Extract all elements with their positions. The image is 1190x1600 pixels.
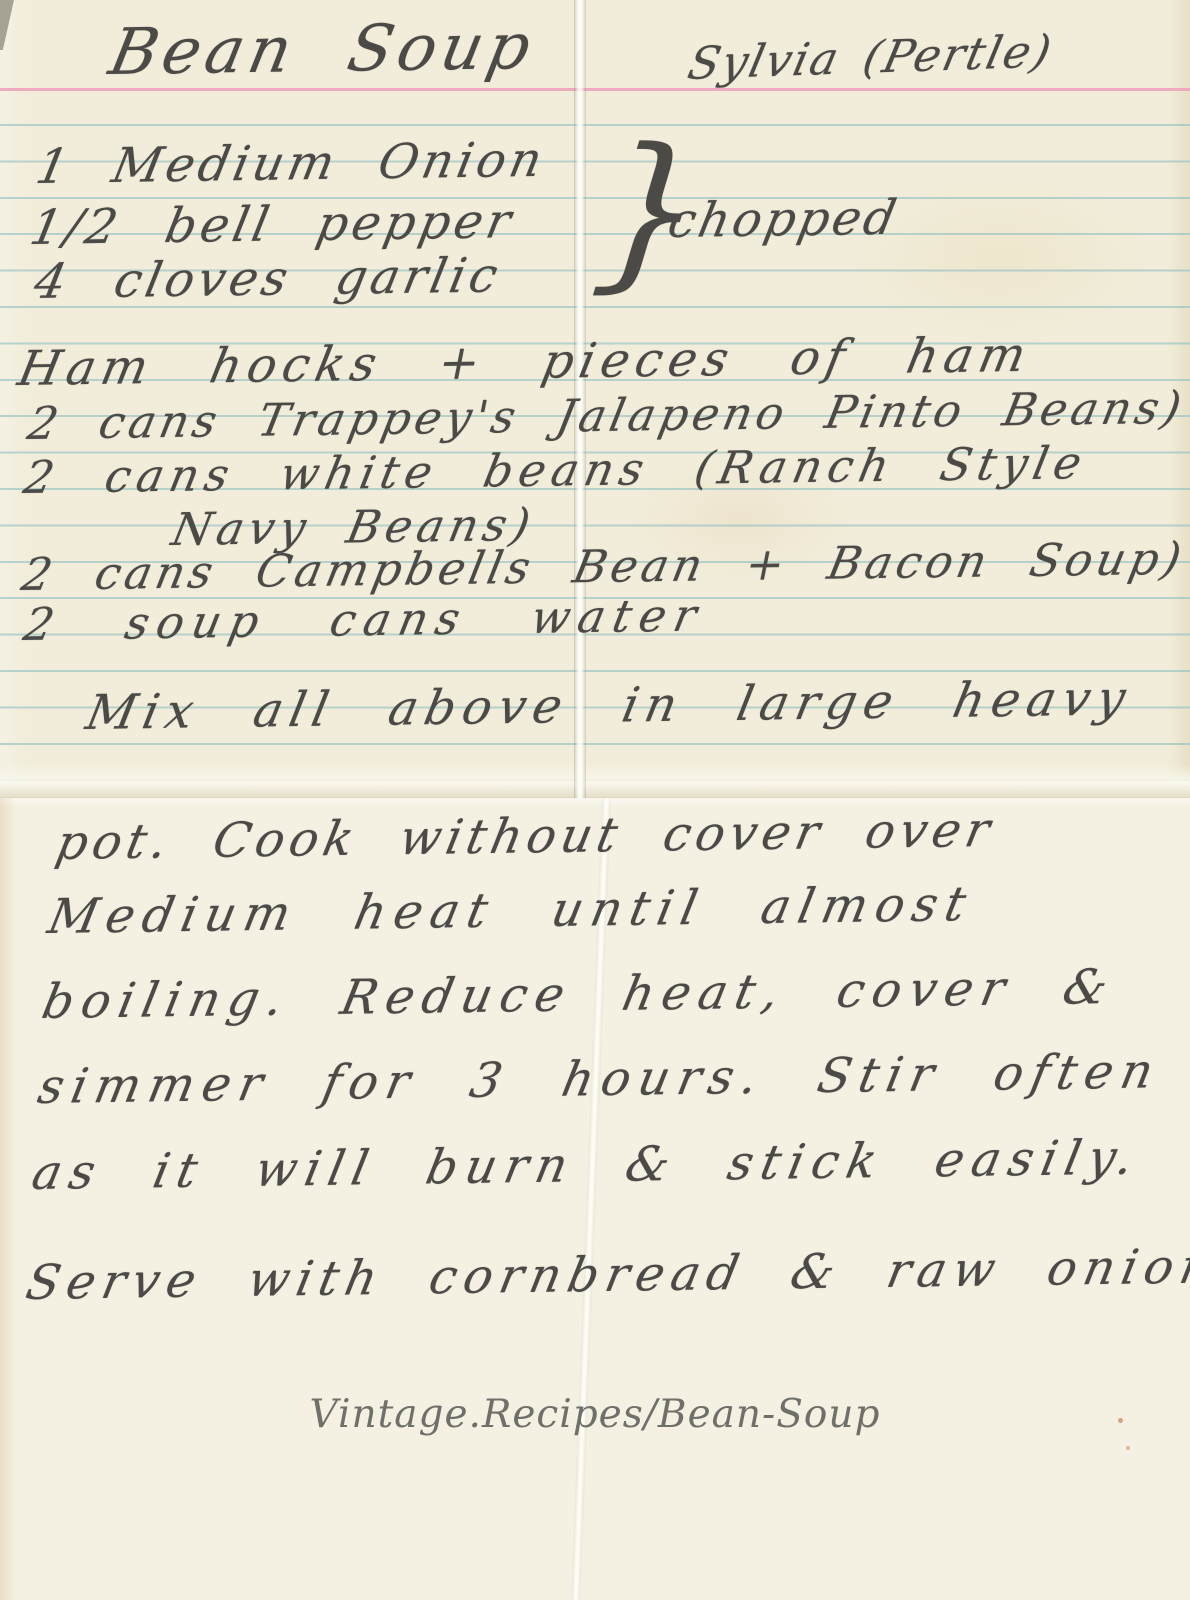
recipe-scan: Bean Soup Sylvia (Pertle) 1 Medium Onion… bbox=[0, 0, 1190, 1600]
instruction-line-2: Medium heat until almost bbox=[44, 879, 978, 942]
recipe-title: Bean Soup bbox=[104, 14, 541, 87]
watermark-url: Vintage.Recipes/Bean-Soup bbox=[0, 1392, 1190, 1437]
group-note-chopped: chopped bbox=[664, 193, 903, 247]
instruction-line-1: pot. Cook without cover over bbox=[52, 805, 999, 868]
ingredient-bell-pepper: 1/2 bell pepper bbox=[26, 196, 519, 253]
recipe-author: Sylvia (Pertle) bbox=[684, 27, 1057, 87]
scan-seam bbox=[0, 764, 1190, 798]
rust-spot bbox=[1126, 1446, 1130, 1450]
ingredient-onion: 1 Medium Onion bbox=[32, 135, 550, 192]
ingredient-garlic: 4 cloves garlic bbox=[30, 251, 506, 308]
ingredient-water: 2 soup cans water bbox=[20, 592, 709, 649]
